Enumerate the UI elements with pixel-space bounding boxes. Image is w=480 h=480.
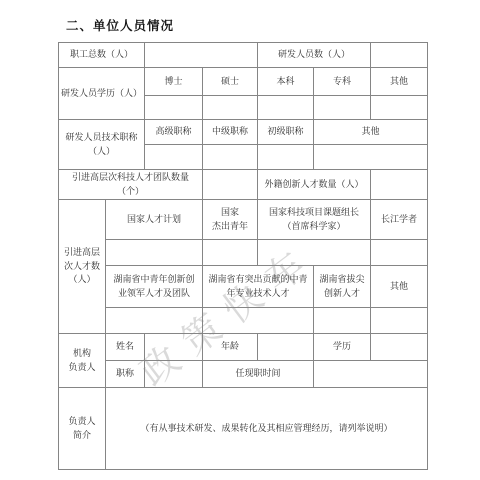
talent-changjiang-input-cell[interactable] <box>371 240 428 266</box>
edu-phd-input-cell[interactable] <box>145 96 203 120</box>
talent-hunan-leading-input-cell[interactable] <box>106 308 203 334</box>
table-row: 引进高层 次人才数 （人） 国家人才计划 国家 杰出青年 国家科技项目课题组长 … <box>59 200 428 240</box>
title-other-input-cell[interactable] <box>314 145 428 170</box>
talent-changjiang-label: 长江学者 <box>371 200 428 240</box>
edu-associate-label: 专科 <box>314 68 371 96</box>
edu-phd-label: 博士 <box>145 68 203 96</box>
title-junior-label: 初级职称 <box>258 120 314 145</box>
leader-name-label: 姓名 <box>106 334 145 361</box>
title-senior-label: 高级职称 <box>145 120 203 145</box>
table-row: 湖南省中青年创新创 业领军人才及团队 湖南省有突出贡献的中青 年专业技术人才 湖… <box>59 266 428 308</box>
title-junior-input-cell[interactable] <box>258 145 314 170</box>
leader-title-input-cell[interactable] <box>145 361 203 388</box>
talent-project-leader-label: 国家科技项目课题组长 （首席科学家） <box>258 200 371 240</box>
staff-total-input-cell[interactable] <box>145 43 258 68</box>
job-titles-label: 研发人员技术职称 （人） <box>59 120 145 170</box>
table-row: 引进高层次科技人才团队数量 （个） 外籍创新人才数量（人） <box>59 170 428 200</box>
form-page: 政策快车 二、单位人员情况 职工总数（人） 研发人员数（人） 研发人员学历（人）… <box>0 0 480 480</box>
table-row: 职工总数（人） 研发人员数（人） <box>59 43 428 68</box>
talent-hunan-top-input-cell[interactable] <box>314 308 371 334</box>
talent-teams-label: 引进高层次科技人才团队数量 （个） <box>59 170 203 200</box>
leader-tenure-input-cell[interactable] <box>314 361 428 388</box>
leader-degree-input-cell[interactable] <box>371 334 428 361</box>
edu-other-label: 其他 <box>371 68 428 96</box>
edu-master-input-cell[interactable] <box>203 96 258 120</box>
title-mid-label: 中级职称 <box>203 120 258 145</box>
bio-section-label: 负责人 简介 <box>59 388 106 470</box>
talent-other-label: 其他 <box>371 266 428 308</box>
staff-total-label: 职工总数（人） <box>59 43 145 68</box>
leader-age-input-cell[interactable] <box>258 334 314 361</box>
talent-national-plan-label: 国家人才计划 <box>106 200 203 240</box>
talent-teams-input-cell[interactable] <box>203 170 258 200</box>
bio-input-cell[interactable]: （有从事技术研发、成果转化及其相应管理经历，请列举说明） <box>106 388 428 470</box>
title-senior-input-cell[interactable] <box>145 145 203 170</box>
rd-total-label: 研发人员数（人） <box>258 43 371 68</box>
personnel-table: 职工总数（人） 研发人员数（人） 研发人员学历（人） 博士 硕士 本科 专科 其… <box>58 42 428 470</box>
leader-age-label: 年龄 <box>203 334 258 361</box>
leader-section-label: 机构 负责人 <box>59 334 106 388</box>
education-label: 研发人员学历（人） <box>59 68 145 120</box>
talent-hunan-top-label: 湖南省拔尖 创新人才 <box>314 266 371 308</box>
foreign-talent-input-cell[interactable] <box>371 170 428 200</box>
talent-hunan-contribution-input-cell[interactable] <box>203 308 314 334</box>
table-row: 职称 任现职时间 <box>59 361 428 388</box>
table-row: 研发人员技术职称 （人） 高级职称 中级职称 初级职称 其他 <box>59 120 428 145</box>
section-title: 二、单位人员情况 <box>66 19 174 34</box>
edu-associate-input-cell[interactable] <box>314 96 371 120</box>
foreign-talent-label: 外籍创新人才数量（人） <box>258 170 371 200</box>
edu-bachelor-label: 本科 <box>258 68 314 96</box>
leader-title-label: 职称 <box>106 361 145 388</box>
leader-tenure-label: 任现职时间 <box>203 361 314 388</box>
table-row <box>59 308 428 334</box>
table-row: 研发人员学历（人） 博士 硕士 本科 专科 其他 <box>59 68 428 96</box>
talent-outstanding-youth-label: 国家 杰出青年 <box>203 200 258 240</box>
edu-master-label: 硕士 <box>203 68 258 96</box>
talent-other-input-cell[interactable] <box>371 308 428 334</box>
talent-hunan-leading-label: 湖南省中青年创新创 业领军人才及团队 <box>106 266 203 308</box>
talent-project-leader-input-cell[interactable] <box>258 240 371 266</box>
table-row: 负责人 简介 （有从事技术研发、成果转化及其相应管理经历，请列举说明） <box>59 388 428 470</box>
edu-bachelor-input-cell[interactable] <box>258 96 314 120</box>
talent-national-plan-input-cell[interactable] <box>106 240 203 266</box>
rd-total-input-cell[interactable] <box>371 43 428 68</box>
table-row <box>59 240 428 266</box>
edu-other-input-cell[interactable] <box>371 96 428 120</box>
title-mid-input-cell[interactable] <box>203 145 258 170</box>
leader-name-input-cell[interactable] <box>145 334 203 361</box>
leader-degree-label: 学历 <box>314 334 371 361</box>
bio-instruction-note: （有从事技术研发、成果转化及其相应管理经历，请列举说明） <box>140 423 392 433</box>
talents-section-label: 引进高层 次人才数 （人） <box>59 200 106 334</box>
talent-hunan-contribution-label: 湖南省有突出贡献的中青 年专业技术人才 <box>203 266 314 308</box>
title-other-label: 其他 <box>314 120 428 145</box>
talent-outstanding-youth-input-cell[interactable] <box>203 240 258 266</box>
table-row: 机构 负责人 姓名 年龄 学历 <box>59 334 428 361</box>
